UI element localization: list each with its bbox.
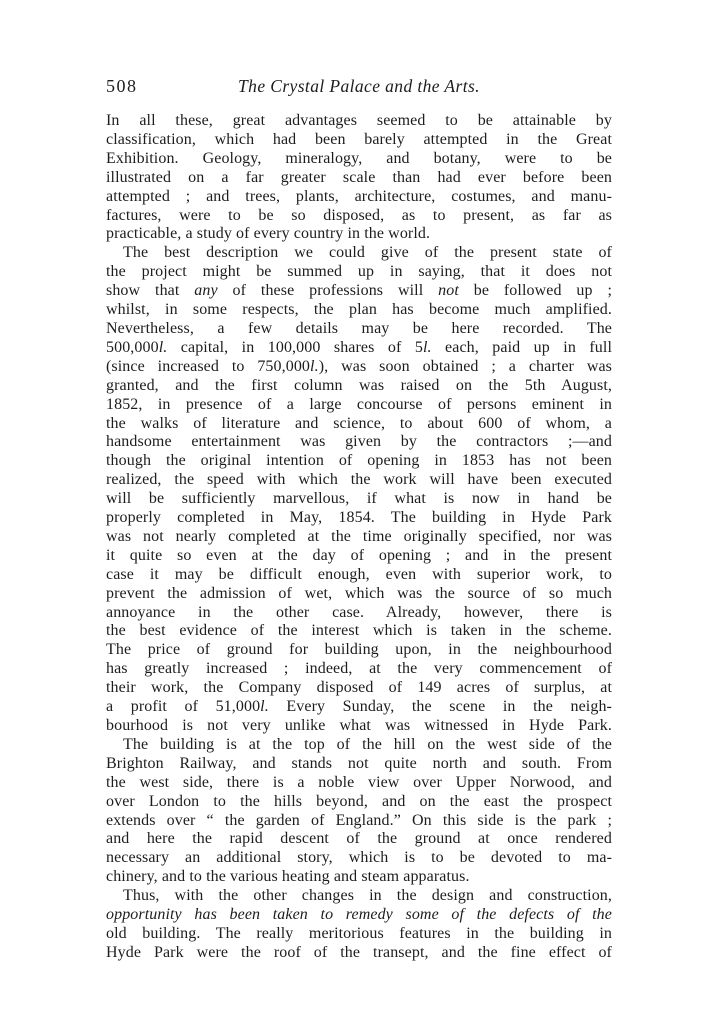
text-line: The best description we could give of th… <box>106 244 612 263</box>
text-line: Thus, with the other changes in the desi… <box>106 887 612 906</box>
text-line: 500,000l. capital, in 100,000 shares of … <box>106 339 612 358</box>
text-line: the project might be summed up in saying… <box>106 263 612 282</box>
text-line: will be sufficiently marvellous, if what… <box>106 490 612 509</box>
text-line: Nevertheless, a few details may be here … <box>106 320 612 339</box>
text-line: 1852, in presence of a large concourse o… <box>106 396 612 415</box>
text-line: Exhibition. Geology, mineralogy, and bot… <box>106 150 612 169</box>
text-line: the walks of literature and science, to … <box>106 415 612 434</box>
text-line: and here the rapid descent of the ground… <box>106 830 612 849</box>
book-page: 508 The Crystal Palace and the Arts. In … <box>0 0 714 1036</box>
text-line: the west side, there is a noble view ove… <box>106 774 612 793</box>
text-line: it quite so even at the day of opening ;… <box>106 547 612 566</box>
body-text: In all these, great advantages seemed to… <box>106 112 612 963</box>
text-line: over London to the hills beyond, and on … <box>106 793 612 812</box>
text-line: a profit of 51,000l. Every Sunday, the s… <box>106 698 612 717</box>
text-line: The building is at the top of the hill o… <box>106 736 612 755</box>
text-line: whilst, in some respects, the plan has b… <box>106 301 612 320</box>
text-line: show that any of these professions will … <box>106 282 612 301</box>
text-line: illustrated on a far greater scale than … <box>106 169 612 188</box>
text-line: has greatly increased ; indeed, at the v… <box>106 660 612 679</box>
page-header: 508 The Crystal Palace and the Arts. <box>106 76 612 98</box>
text-line: factures, were to be so disposed, as to … <box>106 207 612 226</box>
text-line: (since increased to 750,000l.), was soon… <box>106 358 612 377</box>
text-line: the best evidence of the interest which … <box>106 622 612 641</box>
text-line: though the original intention of opening… <box>106 452 612 471</box>
text-line: case it may be difficult enough, even wi… <box>106 566 612 585</box>
text-line: classification, which had been barely at… <box>106 131 612 150</box>
text-line: was not nearly completed at the time ori… <box>106 528 612 547</box>
text-line: The price of ground for building upon, i… <box>106 641 612 660</box>
text-line: realized, the speed with which the work … <box>106 471 612 490</box>
text-line: handsome entertainment was given by the … <box>106 433 612 452</box>
text-line: In all these, great advantages seemed to… <box>106 112 612 131</box>
text-line: Brighton Railway, and stands not quite n… <box>106 755 612 774</box>
text-line: practicable, a study of every country in… <box>106 225 612 244</box>
text-line: Hyde Park were the roof of the transept,… <box>106 944 612 963</box>
running-title: The Crystal Palace and the Arts. <box>106 76 612 97</box>
text-line: opportunity has been taken to remedy som… <box>106 906 612 925</box>
text-line: extends over “ the garden of England.” O… <box>106 812 612 831</box>
text-line: their work, the Company disposed of 149 … <box>106 679 612 698</box>
text-line: necessary an additional story, which is … <box>106 849 612 868</box>
text-line: chinery, and to the various heating and … <box>106 868 612 887</box>
page-number: 508 <box>106 76 138 97</box>
text-line: attempted ; and trees, plants, architect… <box>106 188 612 207</box>
text-line: granted, and the first column was raised… <box>106 377 612 396</box>
text-line: bourhood is not very unlike what was wit… <box>106 717 612 736</box>
text-line: annoyance in the other case. Already, ho… <box>106 604 612 623</box>
text-line: old building. The really meritorious fea… <box>106 925 612 944</box>
text-line: properly completed in May, 1854. The bui… <box>106 509 612 528</box>
text-line: prevent the admission of wet, which was … <box>106 585 612 604</box>
